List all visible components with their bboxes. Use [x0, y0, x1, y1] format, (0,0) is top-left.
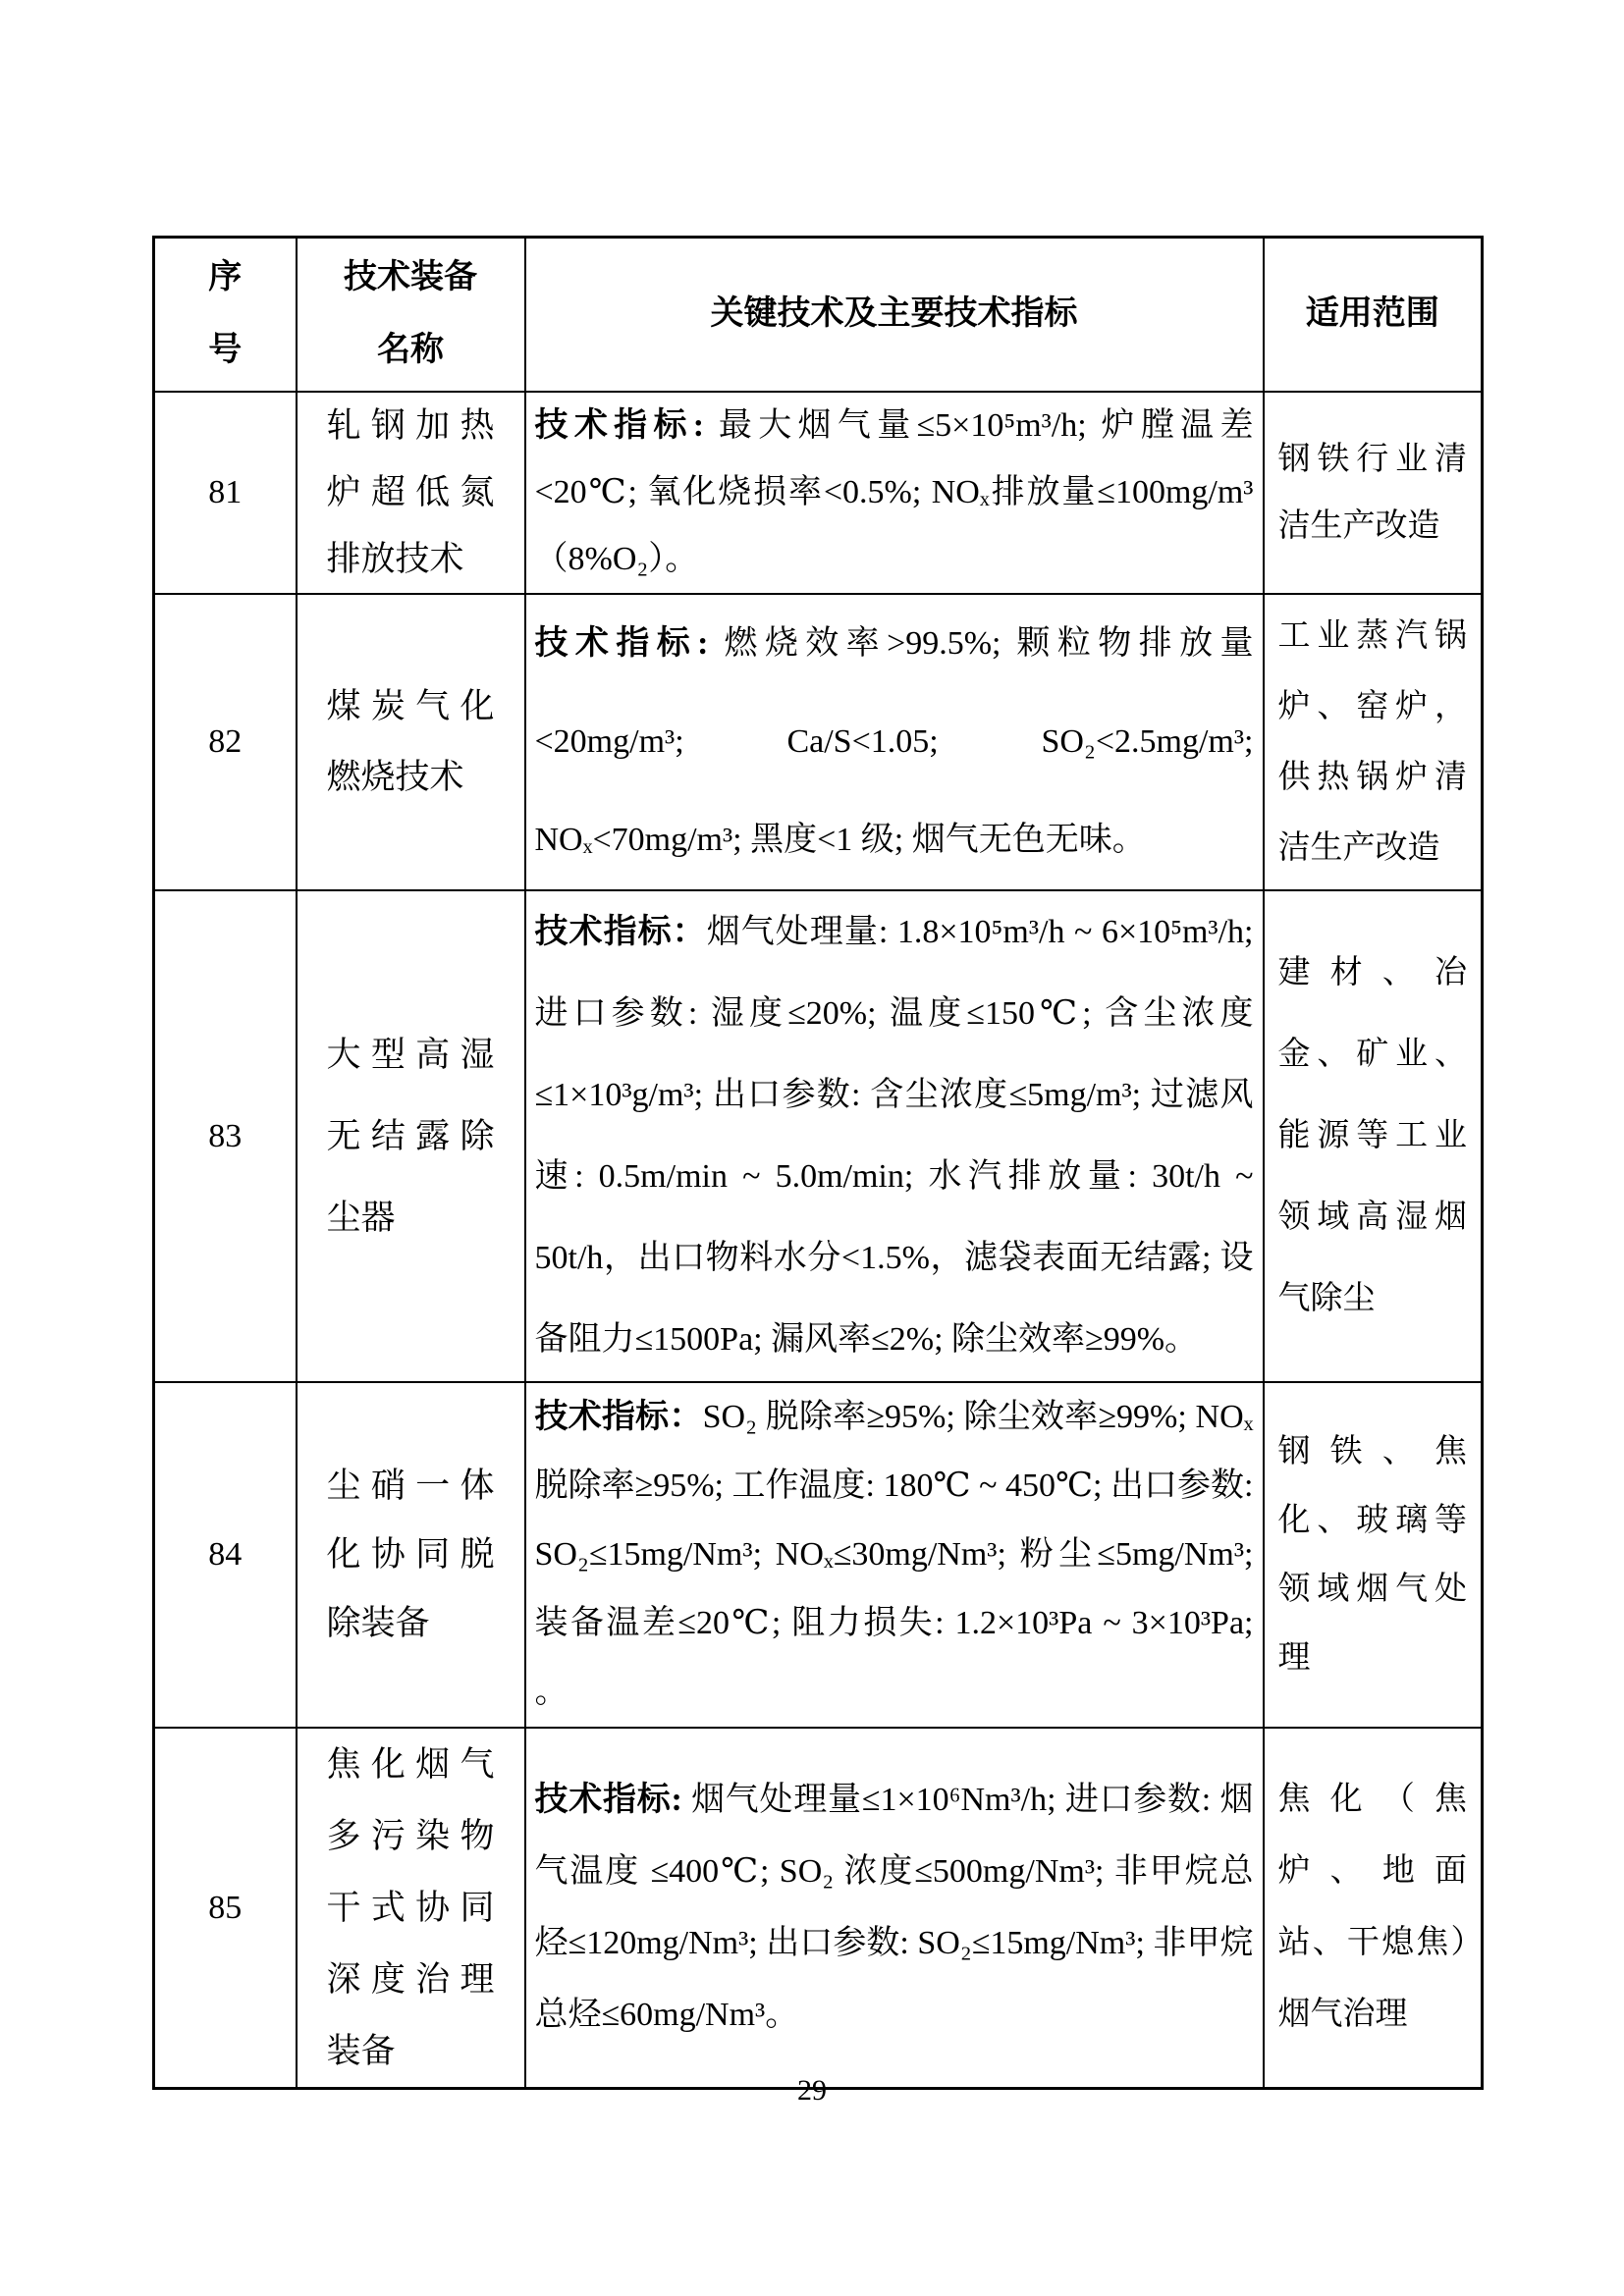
indicators-cell: 技术指标：SO₂ 脱除率≥95%; 除尘效率≥99%; NOₓ 脱除率≥95%;… [525, 1382, 1264, 1728]
indicators-cell: 技术指标: 烟气处理量≤1×10⁶Nm³/h; 进口参数: 烟气温度 ≤400℃… [525, 1728, 1264, 2089]
row-number-cell: 83 [154, 890, 297, 1382]
indicator-text: 烟气处理量≤1×10⁶Nm³/h; 进口参数: 烟气温度 ≤400℃; SO₂ … [535, 1782, 1254, 2033]
header-application-scope: 适用范围 [1264, 238, 1483, 392]
table-row: 81 轧钢加热炉超低氮排放技术 技术指标: 最大烟气量≤5×10⁵m³/h; 炉… [154, 392, 1483, 594]
indicator-text: SO₂ 脱除率≥95%; 除尘效率≥99%; NOₓ 脱除率≥95%; 工作温度… [535, 1399, 1254, 1710]
technology-equipment-table: 序 号 技术装备 名称 关键技术及主要技术指标 适用范围 81 轧钢加热炉超低氮… [152, 236, 1484, 2090]
indicator-label: 技术指标: [535, 407, 719, 444]
row-number-cell: 85 [154, 1728, 297, 2089]
table-row: 82 煤炭气化燃烧技术 技术指标: 燃烧效率>99.5%; 颗粒物排放量<20m… [154, 594, 1483, 890]
header-serial-number: 序 号 [154, 238, 297, 392]
scope-cell: 钢铁行业清洁生产改造 [1264, 392, 1483, 594]
equipment-name-cell: 大型高湿无结露除尘器 [297, 890, 525, 1382]
equipment-name-cell: 尘硝一体化协同脱除装备 [297, 1382, 525, 1728]
row-number-cell: 82 [154, 594, 297, 890]
indicator-label: 技术指标: [535, 625, 725, 662]
scope-cell: 钢铁、焦化、玻璃等领域烟气处理 [1264, 1382, 1483, 1728]
equipment-name-cell: 煤炭气化燃烧技术 [297, 594, 525, 890]
indicator-label: 技术指标: [535, 1782, 692, 1818]
document-page: 序 号 技术装备 名称 关键技术及主要技术指标 适用范围 81 轧钢加热炉超低氮… [0, 0, 1624, 2296]
equipment-name-cell: 焦化烟气多污染物干式协同深度治理装备 [297, 1728, 525, 2089]
indicator-label: 技术指标： [535, 1399, 703, 1435]
indicators-cell: 技术指标: 最大烟气量≤5×10⁵m³/h; 炉膛温差<20℃; 氧化烧损率<0… [525, 392, 1264, 594]
row-number-cell: 84 [154, 1382, 297, 1728]
page-number: 29 [0, 2073, 1624, 2109]
indicators-cell: 技术指标：烟气处理量: 1.8×10⁵m³/h ~ 6×10⁵m³/h; 进口参… [525, 890, 1264, 1382]
table-row: 84 尘硝一体化协同脱除装备 技术指标：SO₂ 脱除率≥95%; 除尘效率≥99… [154, 1382, 1483, 1728]
header-key-indicators: 关键技术及主要技术指标 [525, 238, 1264, 392]
table-row: 83 大型高湿无结露除尘器 技术指标：烟气处理量: 1.8×10⁵m³/h ~ … [154, 890, 1483, 1382]
row-number-cell: 81 [154, 392, 297, 594]
scope-cell: 建材、冶金、矿业、能源等工业领域高湿烟气除尘 [1264, 890, 1483, 1382]
table-row: 85 焦化烟气多污染物干式协同深度治理装备 技术指标: 烟气处理量≤1×10⁶N… [154, 1728, 1483, 2089]
header-equipment-name: 技术装备 名称 [297, 238, 525, 392]
scope-cell: 焦化（焦炉、地面站、干熄焦）烟气治理 [1264, 1728, 1483, 2089]
scope-cell: 工业蒸汽锅炉、窑炉，供热锅炉清洁生产改造 [1264, 594, 1483, 890]
indicator-label: 技术指标： [535, 914, 707, 950]
indicator-text: 烟气处理量: 1.8×10⁵m³/h ~ 6×10⁵m³/h; 进口参数: 湿度… [535, 914, 1254, 1358]
indicators-cell: 技术指标: 燃烧效率>99.5%; 颗粒物排放量<20mg/m³; Ca/S<1… [525, 594, 1264, 890]
equipment-name-cell: 轧钢加热炉超低氮排放技术 [297, 392, 525, 594]
table-header-row: 序 号 技术装备 名称 关键技术及主要技术指标 适用范围 [154, 238, 1483, 392]
